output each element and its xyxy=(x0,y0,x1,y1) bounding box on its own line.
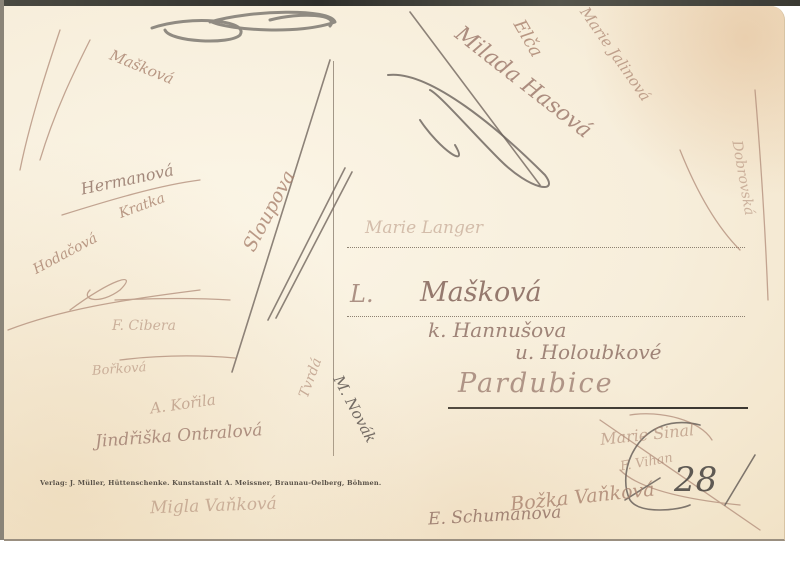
address-prefix: L. xyxy=(350,280,374,308)
sender-line: Marie Langer xyxy=(365,218,483,238)
address-recipient: Mašková xyxy=(420,277,542,308)
address-city: Pardubice xyxy=(458,368,614,399)
address-line-2-text: k. Hannušova xyxy=(428,318,566,342)
signature: F. Cibera xyxy=(112,318,176,334)
postal-mark: 28 xyxy=(674,460,717,500)
address-line-3-text: u. Holoubkové xyxy=(515,340,662,364)
publisher-line: Verlag: J. Müller, Hüttenschenke. Kunsta… xyxy=(40,479,381,487)
